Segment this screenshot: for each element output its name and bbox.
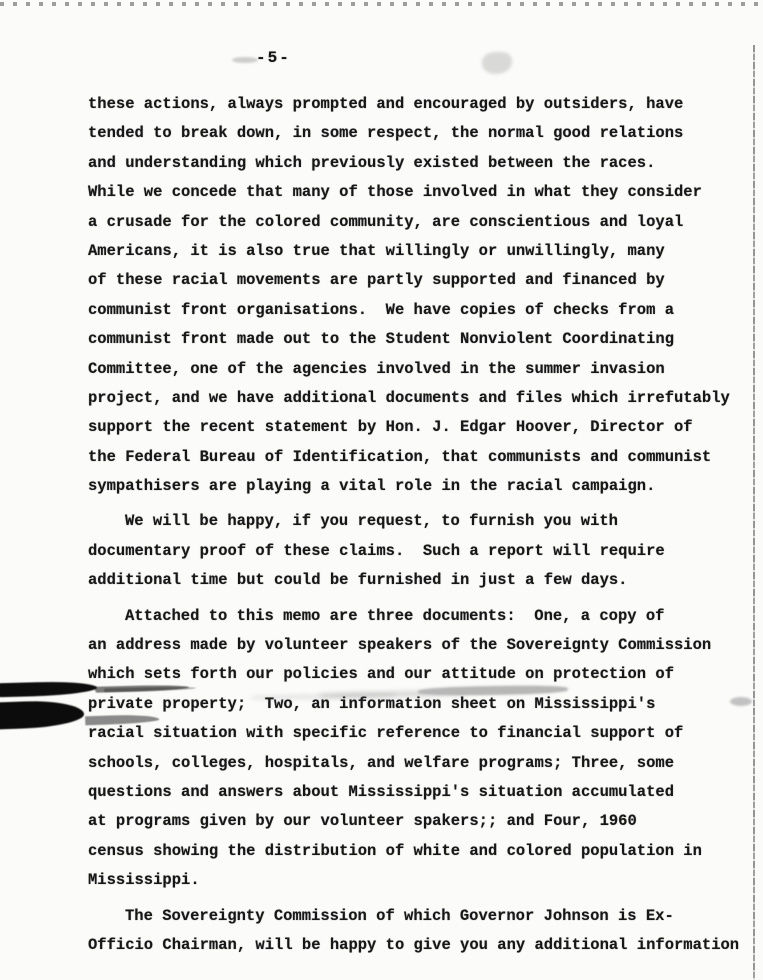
left-margin-ink-blot xyxy=(0,699,84,729)
text-line: Attached to this memo are three document… xyxy=(88,602,743,631)
text-line: Americans, it is also true that willingl… xyxy=(88,237,743,266)
text-line: and understanding which previously exist… xyxy=(88,149,743,178)
text-line: support the recent statement by Hon. J. … xyxy=(88,413,743,442)
paragraph: these actions, always prompted and encou… xyxy=(88,90,743,501)
text-line: of these racial movements are partly sup… xyxy=(88,266,743,295)
text-line: communist front made out to the Student … xyxy=(88,325,743,354)
text-line: questions and answers about Mississippi'… xyxy=(88,778,743,807)
text-line: at programs given by our volunteer spake… xyxy=(88,807,743,836)
text-line: communist front organisations. We have c… xyxy=(88,296,743,325)
text-line: The Sovereignty Commission of which Gove… xyxy=(88,902,743,931)
photocopy-speck xyxy=(482,52,512,74)
page-number: -5- xyxy=(256,49,291,67)
text-line: Committee, one of the agencies involved … xyxy=(88,355,743,384)
text-line: While we concede that many of those invo… xyxy=(88,178,743,207)
paragraph: The Sovereignty Commission of which Gove… xyxy=(88,902,743,961)
memo-body-text: these actions, always prompted and encou… xyxy=(88,90,743,966)
text-line: Mississippi. xyxy=(88,866,743,895)
text-line: documentary proof of these claims. Such … xyxy=(88,537,743,566)
text-line: We will be happy, if you request, to fur… xyxy=(88,507,743,536)
text-line: which sets forth our policies and our at… xyxy=(88,660,743,689)
text-line: racial situation with specific reference… xyxy=(88,719,743,748)
text-line: a crusade for the colored community, are… xyxy=(88,208,743,237)
paragraph: We will be happy, if you request, to fur… xyxy=(88,507,743,595)
paragraph: Attached to this memo are three document… xyxy=(88,602,743,896)
text-line: sympathisers are playing a vital role in… xyxy=(88,472,743,501)
left-margin-ink-blot xyxy=(0,681,97,698)
scanned-memo-page: -5- these actions, always prompted and e… xyxy=(0,0,763,980)
text-line: tended to break down, in some respect, t… xyxy=(88,119,743,148)
text-line: the Federal Bureau of Identification, th… xyxy=(88,443,743,472)
text-line: census showing the distribution of white… xyxy=(88,837,743,866)
photocopy-speck xyxy=(730,697,752,706)
text-line: project, and we have additional document… xyxy=(88,384,743,413)
text-line: private property; Two, an information sh… xyxy=(88,690,743,719)
text-line: these actions, always prompted and encou… xyxy=(88,90,743,119)
text-line: additional time but could be furnished i… xyxy=(88,566,743,595)
photocopy-speck xyxy=(232,57,258,63)
text-line: Officio Chairman, will be happy to give … xyxy=(88,931,743,960)
text-line: schools, colleges, hospitals, and welfar… xyxy=(88,749,743,778)
text-line: an address made by volunteer speakers of… xyxy=(88,631,743,660)
top-dotted-border xyxy=(0,2,763,6)
right-margin-scan-line xyxy=(753,45,755,980)
